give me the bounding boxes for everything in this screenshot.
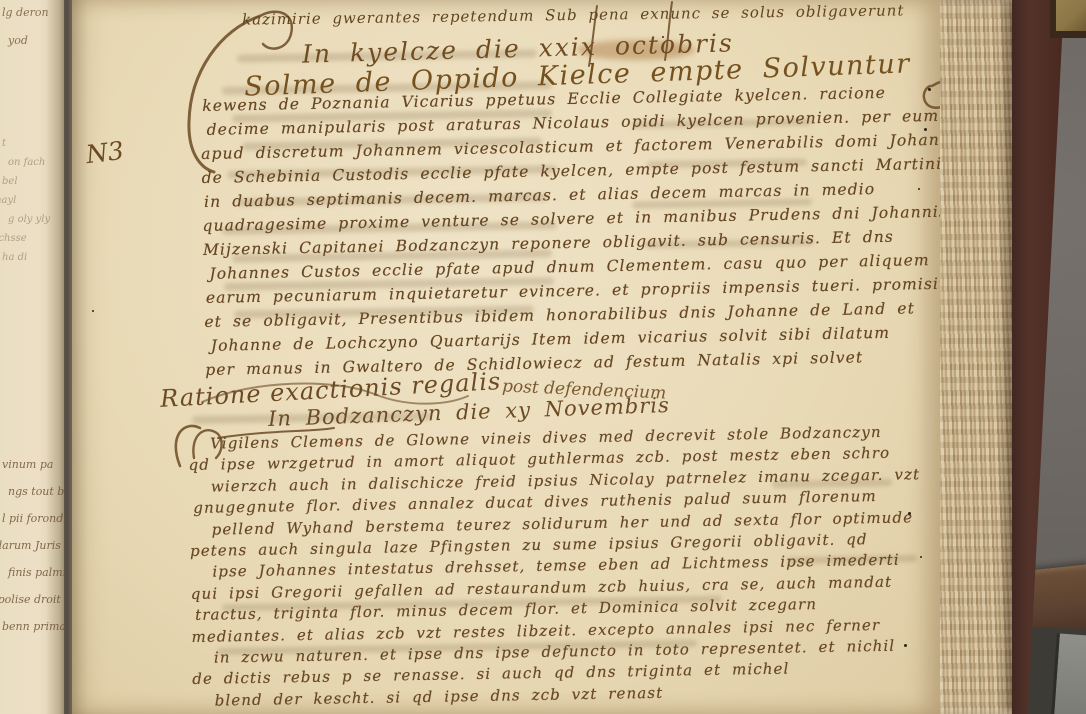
ink-spot bbox=[340, 442, 343, 445]
manuscript-scan: lg deronyod ton fachbelmaylg oly ylyuchs… bbox=[0, 0, 1086, 714]
book-fore-edge bbox=[928, 0, 1012, 714]
left-page-fragments-middle: ton fachbelmaylg oly ylyuchsseha di bbox=[2, 138, 50, 263]
ink-spot bbox=[918, 188, 920, 190]
text-fragment: yod bbox=[8, 34, 49, 47]
ink-spot bbox=[92, 310, 94, 312]
brass-corner-fitting bbox=[1050, 0, 1086, 38]
entry2-paragraph: Vigilens Clemens de Glowne vineis dives … bbox=[188, 421, 924, 712]
ink-spot bbox=[662, 36, 664, 38]
text-fragment: lg deron bbox=[2, 6, 49, 19]
left-page-fragments-top: lg deronyod bbox=[2, 6, 49, 47]
ink-spot bbox=[904, 644, 907, 647]
text-fragment: mayl bbox=[0, 195, 50, 206]
text-fragment: g oly yly bbox=[8, 214, 50, 225]
ink-spot bbox=[920, 556, 922, 558]
ink-spot bbox=[924, 128, 927, 131]
gray-slab bbox=[1051, 633, 1086, 714]
top-partial-line: kazimirie gwerantes repetendum Sub pena … bbox=[242, 1, 905, 28]
text-fragment: ha di bbox=[2, 252, 50, 263]
ink-spot bbox=[908, 512, 911, 515]
manuscript-page: kazimirie gwerantes repetendum Sub pena … bbox=[72, 0, 940, 714]
binding-gutter-shadow bbox=[46, 0, 88, 714]
text-fragment: t bbox=[2, 138, 50, 149]
text-fragment: bel bbox=[2, 176, 50, 187]
entry1-paragraph: kewens de Poznania Vicarius ppetuus Eccl… bbox=[200, 79, 940, 382]
margin-note: N3 bbox=[84, 136, 125, 169]
ink-spot bbox=[928, 88, 931, 91]
text-fragment: uchsse bbox=[0, 233, 50, 244]
dark-corner-object bbox=[1026, 627, 1086, 714]
text-fragment: on fach bbox=[8, 157, 50, 168]
